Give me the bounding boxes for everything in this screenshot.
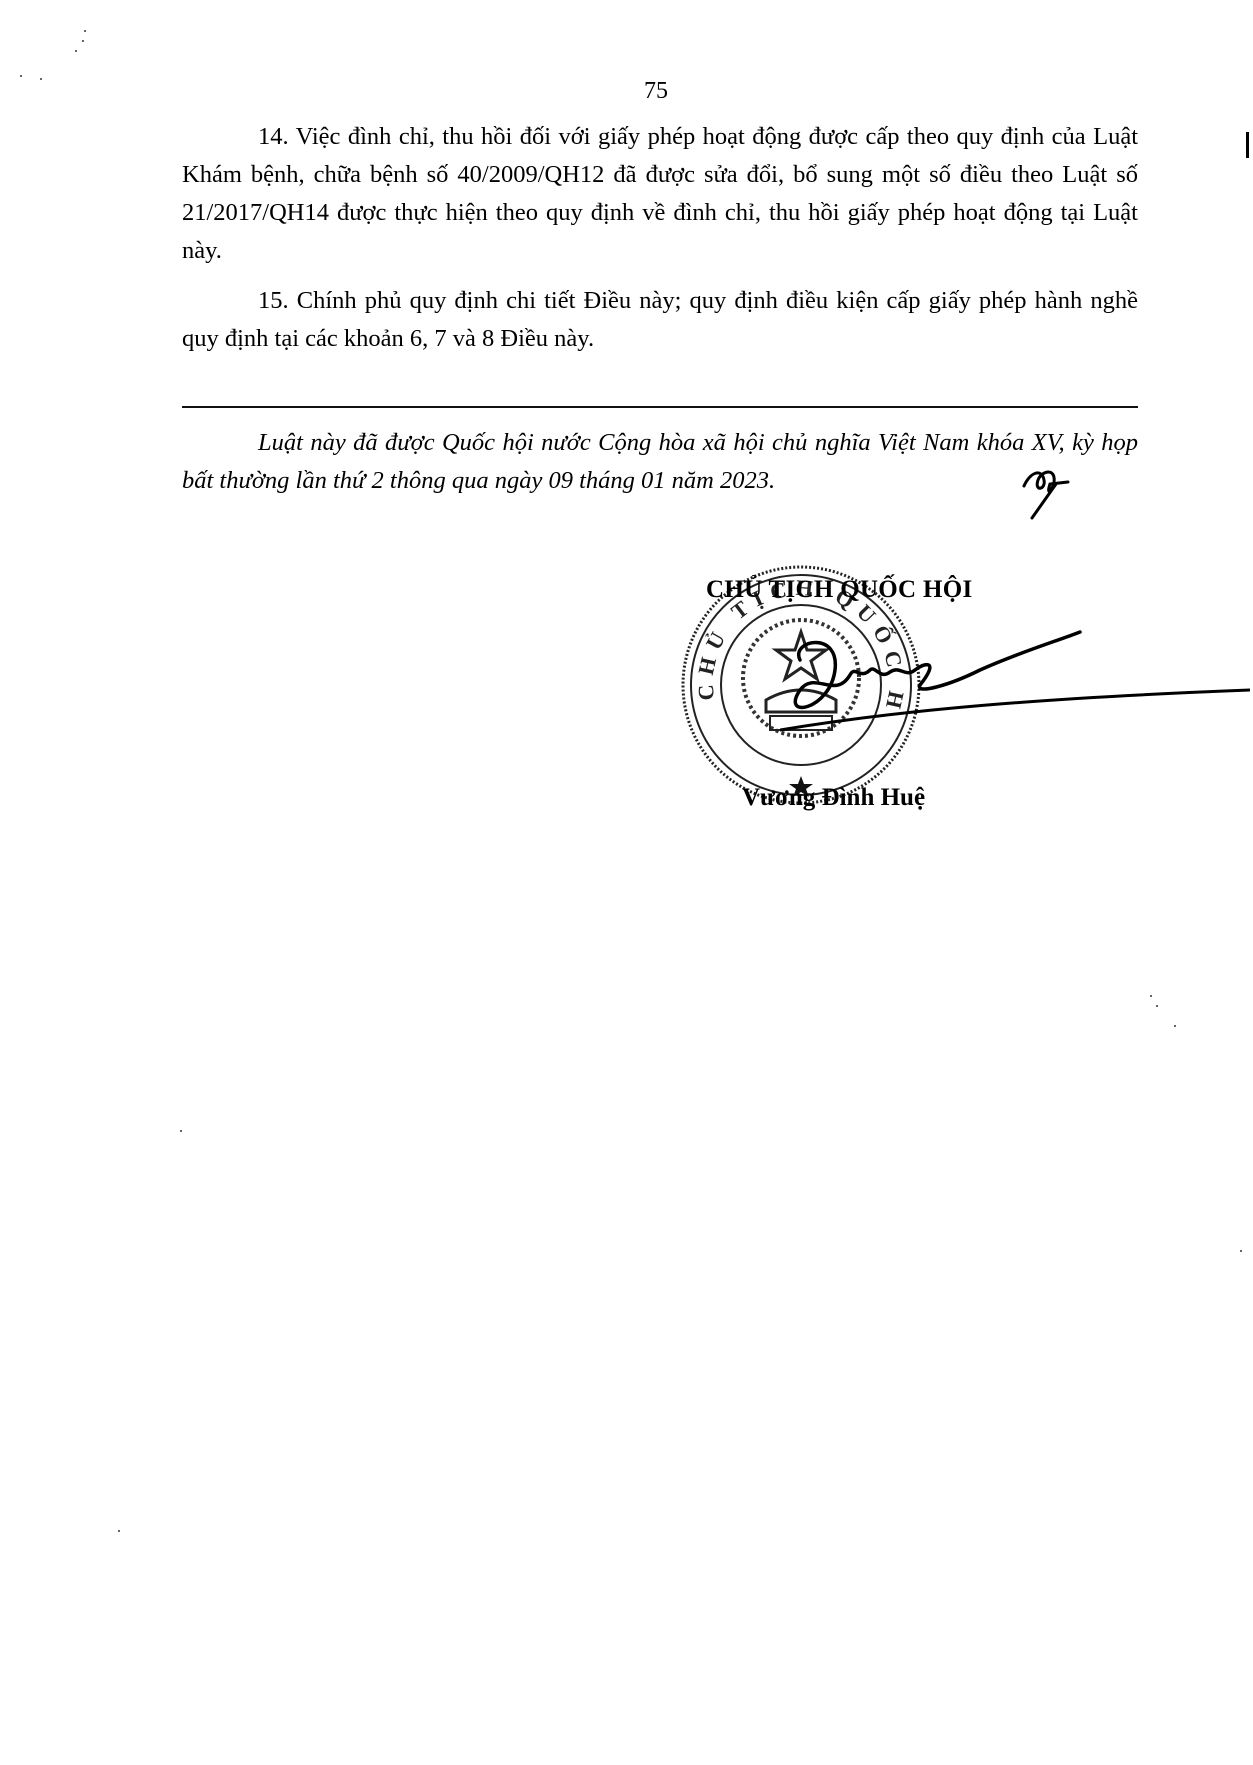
- handwritten-signature-icon: [780, 630, 1250, 750]
- handwritten-initials-icon: [1016, 462, 1086, 522]
- paragraph-number: 14.: [258, 123, 289, 150]
- paragraph-text: Việc đình chỉ, thu hồi đối với giấy phép…: [182, 123, 1138, 264]
- scan-speckle: [84, 30, 86, 32]
- closing-text: Luật này đã được Quốc hội nước Cộng hòa …: [182, 429, 1138, 494]
- page-number: 75: [644, 78, 668, 105]
- scan-speckle: [20, 75, 22, 77]
- closing-statement: Luật này đã được Quốc hội nước Cộng hòa …: [182, 424, 1138, 500]
- separator-rule: [182, 406, 1138, 408]
- scan-speckle: [180, 1130, 182, 1132]
- document-page: 75 14. Việc đình chỉ, thu hồi đối với gi…: [0, 0, 1253, 1765]
- signature-title: CHỦ TỊCH QUỐC HỘI: [706, 576, 972, 604]
- scan-speckle: [1156, 1005, 1158, 1007]
- scan-speckle: [118, 1530, 120, 1532]
- scan-speckle: [1150, 995, 1152, 997]
- paragraph-text: Chính phủ quy định chi tiết Điều này; qu…: [182, 287, 1138, 352]
- scan-speckle: [82, 40, 84, 42]
- scan-artifact: [1246, 132, 1249, 158]
- scan-speckle: [1240, 1250, 1242, 1252]
- paragraph-14: 14. Việc đình chỉ, thu hồi đối với giấy …: [182, 118, 1138, 270]
- paragraph-number: 15.: [258, 287, 289, 314]
- paragraph-15: 15. Chính phủ quy định chi tiết Điều này…: [182, 282, 1138, 358]
- scan-speckle: [1174, 1025, 1176, 1027]
- scan-speckle: [75, 50, 77, 52]
- signatory-name: Vương Đình Huệ: [742, 784, 925, 812]
- scan-speckle: [40, 78, 42, 80]
